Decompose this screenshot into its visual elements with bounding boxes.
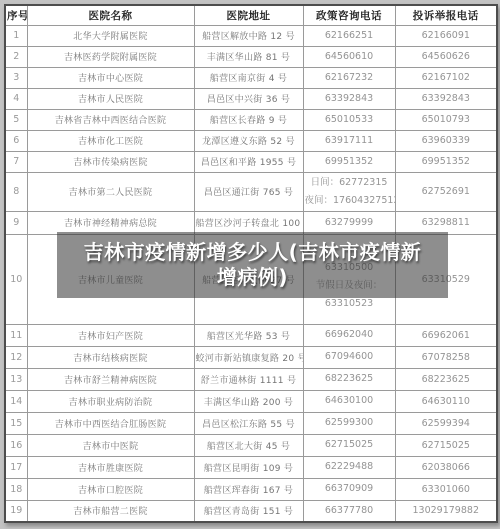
table-row: 11吉林市妇产医院船营区光华路 53 号6696204066962061 (5, 324, 497, 346)
row-number: 12 (5, 346, 27, 368)
policy-phone-cell: 66370909 (303, 478, 395, 500)
policy-phone-line: 65010533 (305, 111, 394, 129)
policy-phone-cell: 64560610 (303, 46, 395, 67)
hospital-address: 丰满区华山路 81 号 (194, 46, 303, 67)
hospital-name: 吉林省吉林中西医结合医院 (27, 109, 194, 130)
policy-phone-cell: 62599300 (303, 412, 395, 434)
watermark-title-line-2: 增病例) (217, 265, 288, 290)
table-header-row: 序号 医院名称 医院地址 政策咨询电话 投诉举报电话 (5, 5, 497, 25)
policy-phone-line: 62599300 (305, 414, 394, 432)
table-row: 5吉林省吉林中西医结合医院船营区长春路 9 号6501053365010793 (5, 109, 497, 130)
hospital-address: 昌邑区松江东路 55 号 (194, 412, 303, 434)
hospital-address: 船营区珲春街 167 号 (194, 478, 303, 500)
policy-phone-cell: 69951352 (303, 151, 395, 172)
policy-phone-cell: 66962040 (303, 324, 395, 346)
table-row: 17吉林市胜康医院船营区昆明街 109 号6222948862038066 (5, 456, 497, 478)
policy-phone-cell: 65010533 (303, 109, 395, 130)
policy-phone-line: 66962040 (305, 326, 394, 344)
hospital-name: 吉林市传染病医院 (27, 151, 194, 172)
complaint-phone: 62715025 (395, 434, 497, 456)
table-row: 3吉林市中心医院船营区南京街 4 号6216723262167102 (5, 67, 497, 88)
row-number: 6 (5, 130, 27, 151)
row-number: 9 (5, 211, 27, 234)
policy-phone-line: 66370909 (305, 480, 394, 498)
policy-phone-line: 日间：62772315 (305, 174, 394, 192)
policy-phone-cell: 日间：62772315夜间：17604327512 (303, 172, 395, 211)
hospital-name: 吉林市口腔医院 (27, 478, 194, 500)
row-number: 7 (5, 151, 27, 172)
complaint-phone: 62038066 (395, 456, 497, 478)
hospital-name: 吉林市人民医院 (27, 88, 194, 109)
policy-phone-cell: 62229488 (303, 456, 395, 478)
header-cell-hospital-name: 医院名称 (27, 5, 194, 25)
row-number: 19 (5, 500, 27, 522)
table-row: 18吉林市口腔医院船营区珲春街 167 号6637090963301060 (5, 478, 497, 500)
hospital-address: 船营区昆明街 109 号 (194, 456, 303, 478)
policy-phone-line: 67094600 (305, 348, 394, 366)
table-row: 8吉林市第二人民医院昌邑区通江街 765 号日间：62772315夜间：1760… (5, 172, 497, 211)
row-number: 14 (5, 390, 27, 412)
table-row: 14吉林市职业病防治院丰满区华山路 200 号6463010064630110 (5, 390, 497, 412)
complaint-phone: 67078258 (395, 346, 497, 368)
policy-phone-cell: 68223625 (303, 368, 395, 390)
complaint-phone: 62599394 (395, 412, 497, 434)
header-cell-index: 序号 (5, 5, 27, 25)
table-row: 13吉林市舒兰精神病医院舒兰市通林街 1111 号682236256822362… (5, 368, 497, 390)
hospital-address: 昌邑区中兴街 36 号 (194, 88, 303, 109)
hospital-address: 船营区长春路 9 号 (194, 109, 303, 130)
complaint-phone: 65010793 (395, 109, 497, 130)
complaint-phone: 64630110 (395, 390, 497, 412)
complaint-phone: 68223625 (395, 368, 497, 390)
row-number: 17 (5, 456, 27, 478)
hospital-name: 吉林市舒兰精神病医院 (27, 368, 194, 390)
complaint-phone: 63301060 (395, 478, 497, 500)
hospital-name: 吉林医药学院附属医院 (27, 46, 194, 67)
table-row: 12吉林市结核病医院蛟河市新站镇康复路 20 号6709460067078258 (5, 346, 497, 368)
hospital-address: 船营区青岛街 151 号 (194, 500, 303, 522)
row-number: 16 (5, 434, 27, 456)
policy-phone-line: 63917111 (305, 132, 394, 150)
table-row: 2吉林医药学院附属医院丰满区华山路 81 号6456061064560626 (5, 46, 497, 67)
policy-phone-line: 66377780 (305, 502, 394, 520)
hospital-address: 船营区光华路 53 号 (194, 324, 303, 346)
table-row: 7吉林市传染病医院昌邑区和平路 1955 号6995135269951352 (5, 151, 497, 172)
hospital-name: 吉林市妇产医院 (27, 324, 194, 346)
policy-phone-cell: 64630100 (303, 390, 395, 412)
row-number: 5 (5, 109, 27, 130)
complaint-phone: 62166091 (395, 25, 497, 46)
policy-phone-cell: 62166251 (303, 25, 395, 46)
policy-phone-cell: 63917111 (303, 130, 395, 151)
hospital-name: 吉林市中心医院 (27, 67, 194, 88)
row-number: 13 (5, 368, 27, 390)
policy-phone-cell: 63392843 (303, 88, 395, 109)
policy-phone-cell: 62167232 (303, 67, 395, 88)
header-cell-complaint-phone: 投诉举报电话 (395, 5, 497, 25)
policy-phone-line: 夜间：17604327512 (305, 192, 394, 210)
complaint-phone: 13029179882 (395, 500, 497, 522)
policy-phone-line: 62166251 (305, 27, 394, 45)
policy-phone-line: 64630100 (305, 392, 394, 410)
complaint-phone: 63960339 (395, 130, 497, 151)
hospital-name: 吉林市职业病防治院 (27, 390, 194, 412)
watermark-title-line-1: 吉林市疫情新增多少人(吉林市疫情新 (84, 240, 422, 265)
hospital-name: 北华大学附属医院 (27, 25, 194, 46)
row-number: 2 (5, 46, 27, 67)
policy-phone-line: 63279999 (305, 214, 394, 232)
row-number: 1 (5, 25, 27, 46)
hospital-name: 吉林市中西医结合肛肠医院 (27, 412, 194, 434)
complaint-phone: 62167102 (395, 67, 497, 88)
policy-phone-line: 62229488 (305, 458, 394, 476)
table-row: 19吉林市船营二医院船营区青岛街 151 号663777801302917988… (5, 500, 497, 522)
policy-phone-cell: 67094600 (303, 346, 395, 368)
policy-phone-line: 62715025 (305, 436, 394, 454)
hospital-address: 船营区北大街 45 号 (194, 434, 303, 456)
table-row: 16吉林市中医院船营区北大街 45 号6271502562715025 (5, 434, 497, 456)
policy-phone-line: 63392843 (305, 90, 394, 108)
row-number: 15 (5, 412, 27, 434)
table-row: 6吉林市化工医院龙潭区遵义东路 52 号6391711163960339 (5, 130, 497, 151)
complaint-phone: 69951352 (395, 151, 497, 172)
hospital-name: 吉林市中医院 (27, 434, 194, 456)
row-number: 10 (5, 234, 27, 324)
complaint-phone: 63392843 (395, 88, 497, 109)
complaint-phone: 64560626 (395, 46, 497, 67)
row-number: 18 (5, 478, 27, 500)
hospital-address: 蛟河市新站镇康复路 20 号 (194, 346, 303, 368)
hospital-address: 船营区沙河子转盘北 100 米 (194, 211, 303, 234)
hospital-address: 船营区解放中路 12 号 (194, 25, 303, 46)
complaint-phone: 62752691 (395, 172, 497, 211)
policy-phone-line: 62167232 (305, 69, 394, 87)
row-number: 11 (5, 324, 27, 346)
complaint-phone: 63298811 (395, 211, 497, 234)
policy-phone-line: 69951352 (305, 153, 394, 171)
watermark-overlay: 吉林市疫情新增多少人(吉林市疫情新 增病例) (57, 232, 448, 298)
hospital-name: 吉林市结核病医院 (27, 346, 194, 368)
policy-phone-line: 64560610 (305, 48, 394, 66)
table-row: 1北华大学附属医院船营区解放中路 12 号6216625162166091 (5, 25, 497, 46)
table-row: 4吉林市人民医院昌邑区中兴街 36 号6339284363392843 (5, 88, 497, 109)
hospital-name: 吉林市化工医院 (27, 130, 194, 151)
policy-phone-cell: 63279999 (303, 211, 395, 234)
hospital-name: 吉林市船营二医院 (27, 500, 194, 522)
hospital-address: 舒兰市通林街 1111 号 (194, 368, 303, 390)
hospital-address: 昌邑区通江街 765 号 (194, 172, 303, 211)
policy-phone-line: 68223625 (305, 370, 394, 388)
header-cell-hospital-address: 医院地址 (194, 5, 303, 25)
hospital-name: 吉林市胜康医院 (27, 456, 194, 478)
header-cell-policy-phone: 政策咨询电话 (303, 5, 395, 25)
hospital-address: 龙潭区遵义东路 52 号 (194, 130, 303, 151)
row-number: 3 (5, 67, 27, 88)
complaint-phone: 66962061 (395, 324, 497, 346)
hospital-name: 吉林市第二人民医院 (27, 172, 194, 211)
policy-phone-cell: 66377780 (303, 500, 395, 522)
hospital-address: 船营区南京街 4 号 (194, 67, 303, 88)
row-number: 8 (5, 172, 27, 211)
hospital-address: 丰满区华山路 200 号 (194, 390, 303, 412)
row-number: 4 (5, 88, 27, 109)
table-row: 15吉林市中西医结合肛肠医院昌邑区松江东路 55 号62599300625993… (5, 412, 497, 434)
hospital-address: 昌邑区和平路 1955 号 (194, 151, 303, 172)
hospital-name: 吉林市神经精神病总院 (27, 211, 194, 234)
policy-phone-cell: 62715025 (303, 434, 395, 456)
table-row: 9吉林市神经精神病总院船营区沙河子转盘北 100 米63279999632988… (5, 211, 497, 234)
